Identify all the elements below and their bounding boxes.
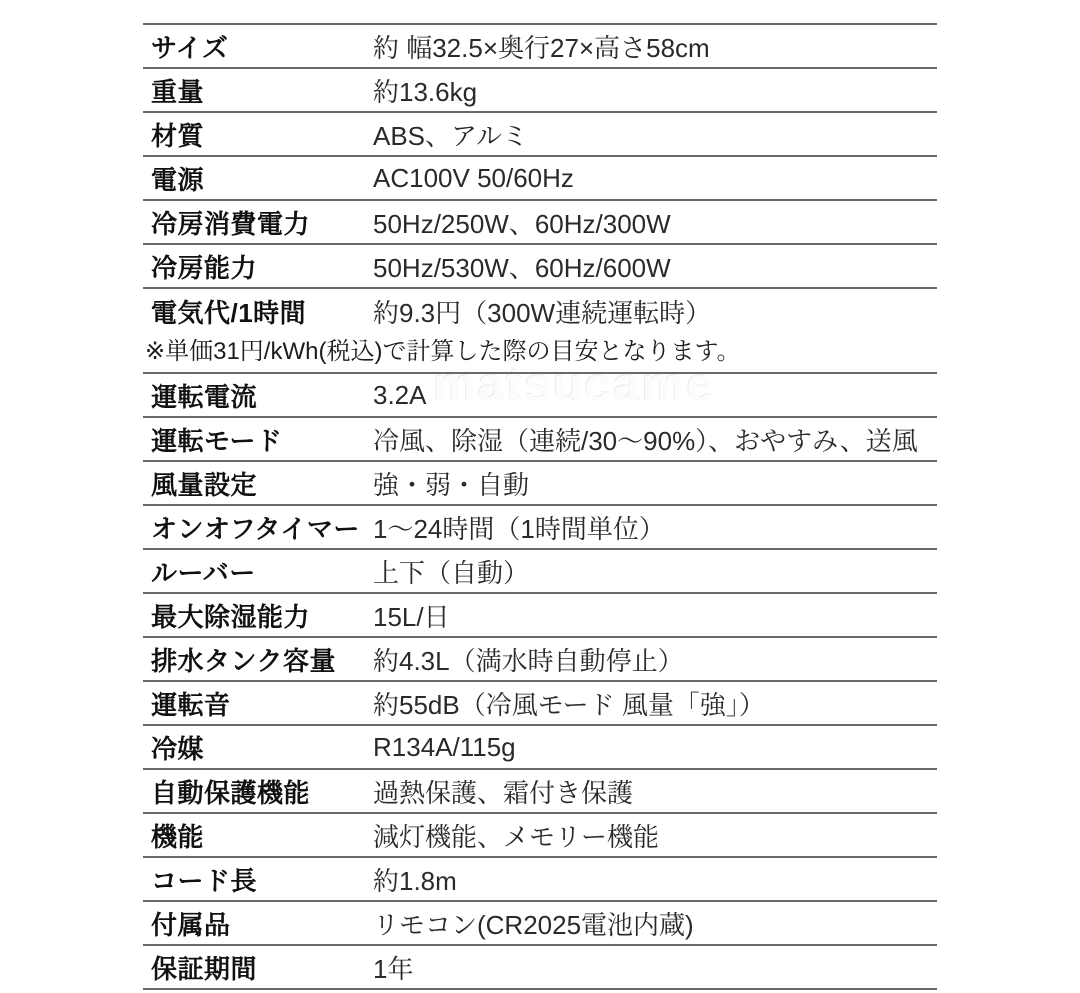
spec-row-line: 保証期間 1年 — [143, 946, 937, 988]
spec-value: 15L/日 — [373, 597, 937, 634]
spec-row-line: ルーバー 上下（自動） — [143, 550, 937, 592]
spec-row: 自動保護機能 過熱保護、霜付き保護 — [143, 768, 937, 812]
spec-label: 保証期間 — [143, 949, 373, 986]
spec-value: ABS、アルミ — [373, 116, 937, 153]
spec-row: 運転電流 3.2A — [143, 372, 937, 416]
spec-label: コード長 — [143, 861, 373, 898]
spec-label: 最大除湿能力 — [143, 597, 373, 634]
spec-value: 約4.3L（満水時自動停止） — [373, 641, 937, 678]
spec-label: 電源 — [143, 160, 373, 197]
spec-label: 機能 — [143, 817, 373, 854]
spec-row: 材質 ABS、アルミ — [143, 111, 937, 155]
spec-label: 電気代/1時間 — [143, 293, 373, 330]
spec-label: 風量設定 — [143, 465, 373, 502]
spec-row-line: 風量設定 強・弱・自動 — [143, 462, 937, 504]
spec-label: 自動保護機能 — [143, 773, 373, 810]
spec-label: 運転モード — [143, 421, 373, 458]
spec-label: 重量 — [143, 72, 373, 109]
spec-note: ※単価31円/kWh(税込)で計算した際の目安となります。 — [143, 331, 937, 372]
spec-value: リモコン(CR2025電池内蔵) — [373, 905, 937, 942]
spec-row-line: 自動保護機能 過熱保護、霜付き保護 — [143, 770, 937, 812]
spec-value: 約9.3円（300W連続運転時） — [373, 293, 937, 330]
spec-value: R134A/115g — [373, 732, 937, 763]
spec-row: オンオフタイマー 1〜24時間（1時間単位） — [143, 504, 937, 548]
spec-value: 上下（自動） — [373, 553, 937, 590]
spec-label: 運転音 — [143, 685, 373, 722]
spec-label: 冷媒 — [143, 729, 373, 766]
spec-row-line: 冷媒 R134A/115g — [143, 726, 937, 768]
spec-row: 重量 約13.6kg — [143, 67, 937, 111]
spec-row-line: コード長 約1.8m — [143, 858, 937, 900]
spec-row-line: 機能 減灯機能、メモリー機能 — [143, 814, 937, 856]
spec-row: ルーバー 上下（自動） — [143, 548, 937, 592]
spec-row-line: 運転音 約55dB（冷風モード 風量「強」） — [143, 682, 937, 724]
spec-table: サイズ 約 幅32.5×奥行27×高さ58cm 重量 約13.6kg 材質 AB… — [143, 23, 937, 990]
spec-value: 約1.8m — [373, 861, 937, 898]
spec-value: 約 幅32.5×奥行27×高さ58cm — [373, 28, 937, 65]
spec-row-line: 運転モード 冷風、除湿（連続/30〜90%）、おやすみ、送風 — [143, 418, 937, 460]
spec-row: 電気代/1時間 約9.3円（300W連続運転時） ※単価31円/kWh(税込)で… — [143, 287, 937, 372]
spec-value: 減灯機能、メモリー機能 — [373, 817, 937, 854]
spec-row: 運転モード 冷風、除湿（連続/30〜90%）、おやすみ、送風 — [143, 416, 937, 460]
spec-row: 電源 AC100V 50/60Hz — [143, 155, 937, 199]
spec-label: サイズ — [143, 28, 373, 65]
spec-value: 強・弱・自動 — [373, 465, 937, 502]
spec-value: 約55dB（冷風モード 風量「強」） — [373, 685, 937, 722]
spec-row-line: オンオフタイマー 1〜24時間（1時間単位） — [143, 506, 937, 548]
spec-label: 付属品 — [143, 905, 373, 942]
spec-row: サイズ 約 幅32.5×奥行27×高さ58cm — [143, 23, 937, 67]
spec-row: 運転音 約55dB（冷風モード 風量「強」） — [143, 680, 937, 724]
spec-label: ルーバー — [143, 553, 373, 590]
spec-value: 冷風、除湿（連続/30〜90%）、おやすみ、送風 — [373, 421, 937, 458]
spec-value: AC100V 50/60Hz — [373, 163, 937, 194]
spec-row-line: 最大除湿能力 15L/日 — [143, 594, 937, 636]
spec-row-line: 電気代/1時間 約9.3円（300W連続運転時） — [143, 289, 937, 331]
spec-row: 保証期間 1年 — [143, 944, 937, 988]
spec-row-line: 運転電流 3.2A — [143, 374, 937, 416]
spec-row: 排水タンク容量 約4.3L（満水時自動停止） — [143, 636, 937, 680]
spec-row: 最大除湿能力 15L/日 — [143, 592, 937, 636]
spec-row: 冷房消費電力 50Hz/250W、60Hz/300W — [143, 199, 937, 243]
spec-row-line: サイズ 約 幅32.5×奥行27×高さ58cm — [143, 25, 937, 67]
spec-label: 冷房能力 — [143, 248, 373, 285]
spec-row: コード長 約1.8m — [143, 856, 937, 900]
spec-row: 冷房能力 50Hz/530W、60Hz/600W — [143, 243, 937, 287]
spec-label: 排水タンク容量 — [143, 641, 373, 678]
spec-row-line: 重量 約13.6kg — [143, 69, 937, 111]
spec-value: 過熱保護、霜付き保護 — [373, 773, 937, 810]
spec-row-line: 冷房能力 50Hz/530W、60Hz/600W — [143, 245, 937, 287]
spec-label: 冷房消費電力 — [143, 204, 373, 241]
spec-row-line: 電源 AC100V 50/60Hz — [143, 157, 937, 199]
spec-row: 機能 減灯機能、メモリー機能 — [143, 812, 937, 856]
spec-value: 1年 — [373, 949, 937, 986]
product-spec-page: matsucame サイズ 約 幅32.5×奥行27×高さ58cm 重量 約13… — [0, 0, 1080, 993]
spec-row-line: 排水タンク容量 約4.3L（満水時自動停止） — [143, 638, 937, 680]
spec-value: 50Hz/250W、60Hz/300W — [373, 204, 937, 241]
spec-row: 冷媒 R134A/115g — [143, 724, 937, 768]
spec-row-line: 付属品 リモコン(CR2025電池内蔵) — [143, 902, 937, 944]
spec-label: オンオフタイマー — [143, 509, 373, 546]
spec-row-line: 冷房消費電力 50Hz/250W、60Hz/300W — [143, 201, 937, 243]
spec-row: 風量設定 強・弱・自動 — [143, 460, 937, 504]
spec-row-line: 材質 ABS、アルミ — [143, 113, 937, 155]
spec-row: 付属品 リモコン(CR2025電池内蔵) — [143, 900, 937, 944]
spec-value: 約13.6kg — [373, 72, 937, 109]
spec-value: 50Hz/530W、60Hz/600W — [373, 248, 937, 285]
spec-label: 運転電流 — [143, 377, 373, 414]
spec-value: 3.2A — [373, 380, 937, 411]
spec-label: 材質 — [143, 116, 373, 153]
spec-value: 1〜24時間（1時間単位） — [373, 509, 937, 546]
